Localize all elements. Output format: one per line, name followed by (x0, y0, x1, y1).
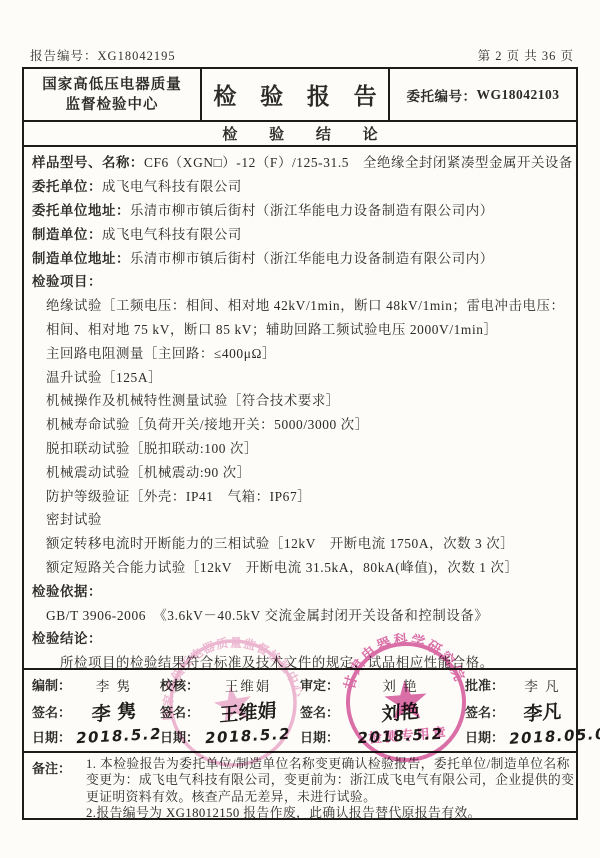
checker-name: 王维娟 (204, 675, 292, 695)
signature-role-row: 编制：李 隽 校核：王维娟 审定：刘 艳 批准：李 凡 (24, 672, 576, 698)
content-line: 绝缘试验［工频电压：相间、相对地 42kV/1min，断口 48kV/1min；… (24, 293, 576, 317)
content-line: 防护等级验证［外壳：IP41 气箱：IP67］ (24, 483, 576, 507)
content-line: GB/T 3906-2006 《3.6kV－40.5kV 交流金属封闭开关设备和… (24, 602, 576, 626)
signature-date-row: 日期：2018.5.2 日期：2018.5.2 日期：2018.5.2 日期：2… (24, 724, 576, 750)
content-line: 主回路电阻测量［主回路：≤400μΩ］ (24, 340, 576, 364)
org-name-line2: 监督检验中心 (66, 95, 159, 115)
report-header: 国家高低压电器质量 监督检验中心 检 验 报 告 委托编号：WG18042103 (24, 69, 576, 122)
signature-sign-row: 签名：李 隽 签名：王维娟 签名：刘艳 签名：李凡 (24, 698, 576, 724)
report-table: 国家高低压电器质量 监督检验中心 检 验 报 告 委托编号：WG18042103… (22, 67, 578, 820)
remarks: 备注： 1. 本检验报告为委托单位/制造单位名称变更确认检验报告，委托单位/制造… (24, 751, 576, 818)
content-line: 制造单位地址：乐清市柳市镇后街村（浙江华能电力设备制造有限公司内） (24, 245, 576, 269)
approver-name: 李 凡 (509, 675, 576, 695)
content-line: 密封试验 (24, 507, 576, 531)
content-line: 所检项目的检验结果符合标准及技术文件的规定，试品相应性能合格。 (24, 650, 576, 668)
remarks-line: 1. 本检验报告为委托单位/制造单位名称变更确认检验报告，委托单位/制造单位名称 (86, 756, 576, 772)
content-line: 额定短路关合能力试验［12kV 开断电流 31.5kA，80kA(峰值)，次数 … (24, 555, 576, 579)
org-name-line1: 国家高低压电器质量 (42, 75, 182, 95)
content-line: 制造单位：成飞电气科技有限公司 (24, 221, 576, 245)
page-meta: 报告编号：XG18042195 第 2 页 共 36 页 (0, 0, 600, 64)
approver-signature: 李凡 (509, 695, 576, 728)
content-line: 机械寿命试验［负荷开关/接地开关：5000/3000 次］ (24, 412, 576, 436)
reviewer-name: 刘 艳 (344, 675, 457, 695)
org-name: 国家高低压电器质量 监督检验中心 (24, 69, 202, 120)
remarks-line: 2.报告编号为 XG18012150 报告作废，此确认报告替代原报告有效。 (86, 805, 576, 821)
content-line: 机械震动试验［机械震动:90 次］ (24, 459, 576, 483)
content-line: 检验项目： (24, 269, 576, 293)
section-title: 检 验 结 论 (24, 122, 576, 147)
preparer-name: 李 隽 (76, 675, 152, 695)
content-line: 温升试验［125A］ (24, 364, 576, 388)
signature-block: 编制：李 隽 校核：王维娟 审定：刘 艳 批准：李 凡 签名：李 隽 签名：王维… (24, 668, 576, 751)
remarks-line: 变更为：成飞电气科技有限公司，变更前为：浙江成飞电气有限公司，企业提供的变 (86, 772, 576, 788)
content-line: 脱扣联动试验［脱扣联动:100 次］ (24, 436, 576, 460)
report-number: 报告编号：XG18042195 (30, 46, 176, 64)
remarks-line: 更证明资料有效。核查产品无差异，未进行试验。 (86, 789, 576, 805)
approver-date: 2018.05.02 (508, 724, 600, 748)
content-line: 委托单位：成飞电气科技有限公司 (24, 174, 576, 198)
content-line: 检验依据： (24, 578, 576, 602)
content-line: 额定转移电流时开断能力的三相试验［12kV 开断电流 1750A，次数 3 次］ (24, 531, 576, 555)
content-line: 样品型号、名称：CF6（XGN□）-12（F）/125-31.5 全绝缘全封闭紧… (24, 150, 576, 174)
entrust-number: 委托编号：WG18042103 (390, 69, 576, 120)
content-line: 委托单位地址：乐清市柳市镇后街村（浙江华能电力设备制造有限公司内） (24, 198, 576, 222)
checker-date: 2018.5.2 (203, 725, 293, 748)
content-line: 相间、相对地 75 kV，断口 85 kV；辅助回路工频试验电压 2000V/1… (24, 317, 576, 341)
remarks-label: 备注： (24, 756, 86, 818)
page-indicator: 第 2 页 共 36 页 (478, 46, 574, 64)
report-content: 样品型号、名称：CF6（XGN□）-12（F）/125-31.5 全绝缘全封闭紧… (24, 147, 576, 668)
report-title: 检 验 报 告 (202, 69, 390, 120)
content-line: 机械操作及机械特性测量试验［符合技术要求］ (24, 388, 576, 412)
content-line: 检验结论： (24, 626, 576, 650)
remarks-body: 1. 本检验报告为委托单位/制造单位名称变更确认检验报告，委托单位/制造单位名称… (86, 756, 576, 818)
preparer-date: 2018.5.2 (75, 725, 163, 748)
